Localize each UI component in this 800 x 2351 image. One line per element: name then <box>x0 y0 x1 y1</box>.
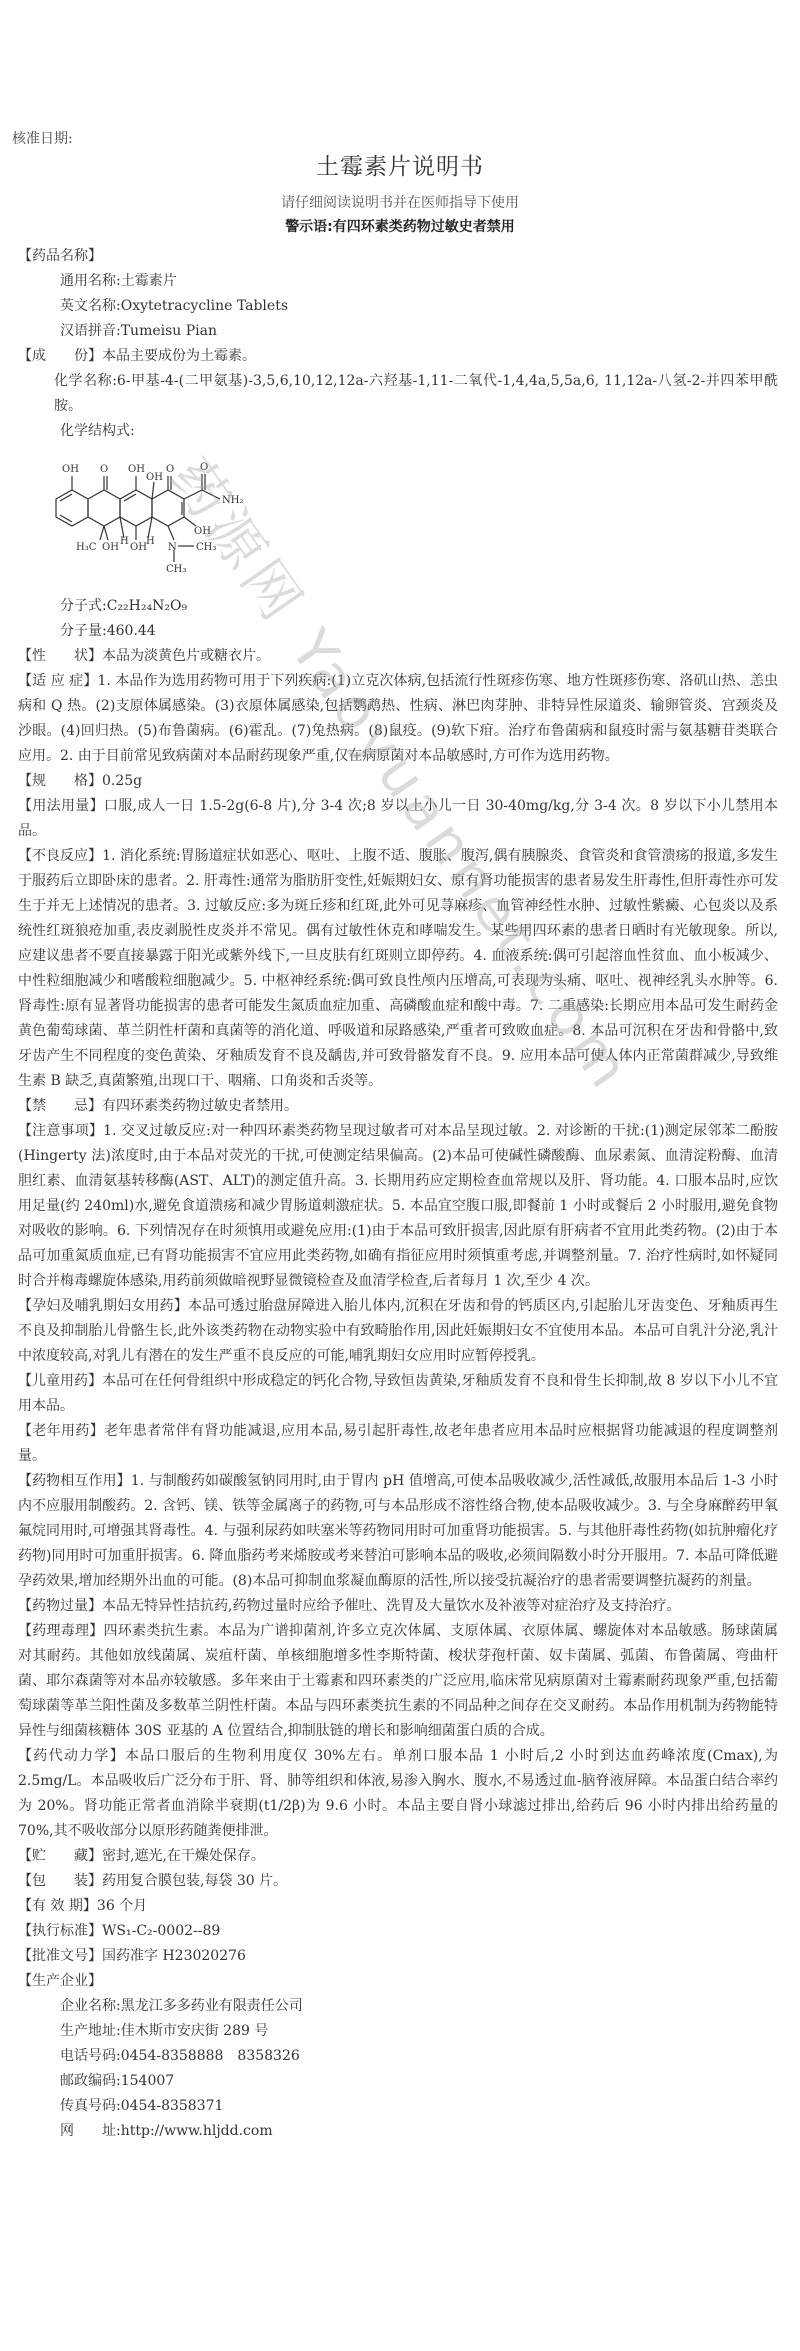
structure-label: 化学结构式: <box>18 419 778 444</box>
svg-text:OH: OH <box>128 464 145 475</box>
drug-leaflet-page: 核准日期: 土霉素片说明书 请仔细阅读说明书并在医师指导下使用 警示语:有四环素… <box>0 0 800 2351</box>
company-name: 企业名称:黑龙江多多药业有限责任公司 <box>18 1994 778 2019</box>
section-standard: 【执行标准】WS₁-C₂-0002--89 <box>18 1919 778 1944</box>
section-pediatric: 【儿童用药】本品可在任何骨组织中形成稳定的钙化合物,导致恒齿黄染,牙釉质发育不良… <box>18 1369 778 1419</box>
section-pharmacokinetics: 【药代动力学】本品口服后的生物利用度仅 30%左右。单剂口服本品 1 小时后,2… <box>18 1744 778 1844</box>
section-pregnancy: 【孕妇及哺乳期妇女用药】本品可透过胎盘屏障进入胎儿体内,沉积在牙齿和骨的钙质区内… <box>18 1294 778 1369</box>
company-fax: 传真号码:0454-8358371 <box>18 2094 778 2119</box>
section-overdose: 【药物过量】本品无特异性拮抗药,药物过量时应给予催吐、洗胃及大量饮水及补液等对症… <box>18 1594 778 1619</box>
section-contraindications: 【禁 忌】有四环素类药物过敏史者禁用。 <box>18 1094 778 1119</box>
svg-text:OH: OH <box>102 542 119 553</box>
section-label: 【成 份】 <box>18 348 102 364</box>
svg-text:OH: OH <box>130 542 147 553</box>
svg-text:O: O <box>166 464 174 475</box>
svg-text:CH₃: CH₃ <box>166 564 186 575</box>
svg-text:N: N <box>168 542 177 553</box>
formula-value: C₂₂H₂₄N₂O₉ <box>107 598 187 614</box>
english-name: 英文名称:Oxytetracycline Tablets <box>18 294 778 319</box>
oxytetracycline-structure-icon: OH O OH OH O O NH₂ OH H₃C OH H OH H N <box>36 444 276 589</box>
chemical-name: 化学名称:6-甲基-4-(二甲氨基)-3,5,6,10,12,12a-六羟基-1… <box>18 369 778 419</box>
section-drug-name: 【药品名称】 通用名称:土霉素片 英文名称:Oxytetracycline Ta… <box>18 244 778 344</box>
company-address: 生产地址:佳木斯市安庆街 289 号 <box>18 2019 778 2044</box>
section-package: 【包 装】药用复合膜包装,每袋 30 片。 <box>18 1869 778 1894</box>
section-pharmacology: 【药理毒理】四环素类抗生素。本品为广谱抑菌剂,许多立克次体属、支原体属、衣原体属… <box>18 1619 778 1744</box>
section-label: 【药品名称】 <box>18 244 778 269</box>
section-dosage: 【用法用量】口服,成人一日 1.5-2g(6-8 片),分 3-4 次;8 岁以… <box>18 794 778 844</box>
molecular-formula: 分子式:C₂₂H₂₄N₂O₉ <box>18 594 778 619</box>
generic-name: 通用名称:土霉素片 <box>18 269 778 294</box>
svg-text:NH₂: NH₂ <box>222 495 243 506</box>
section-validity: 【有 效 期】36 个月 <box>18 1894 778 1919</box>
section-approval-number: 【批准文号】国药准字 H23020276 <box>18 1944 778 1969</box>
leaflet-body: 【药品名称】 通用名称:土霉素片 英文名称:Oxytetracycline Ta… <box>18 244 778 2144</box>
section-adverse-reactions: 【不良反应】1. 消化系统:胃肠道症状如恶心、呕吐、上腹不适、腹胀、腹泻,偶有胰… <box>18 844 778 1094</box>
section-label: 【生产企业】 <box>18 1969 778 1994</box>
chemical-structure-diagram: OH O OH OH O O NH₂ OH H₃C OH H OH H N <box>28 444 778 594</box>
svg-text:H: H <box>120 536 129 547</box>
svg-text:OH: OH <box>194 526 211 537</box>
svg-text:CH₃: CH₃ <box>196 542 216 553</box>
svg-text:H₃C: H₃C <box>76 542 97 553</box>
warning-statement: 警示语:有四环素类药物过敏史者禁用 <box>0 216 800 236</box>
svg-text:O: O <box>100 464 108 475</box>
svg-text:OH: OH <box>62 464 79 475</box>
section-precautions: 【注意事项】1. 交叉过敏反应:对一种四环素类药物呈现过敏者可对本品呈现过敏。2… <box>18 1119 778 1294</box>
svg-text:OH: OH <box>146 472 163 483</box>
composition-text: 本品主要成份为土霉素。 <box>102 348 256 364</box>
section-indications: 【适 应 症】1. 本品作为选用药物可用于下列疾病:(1)立克次体病,包括流行性… <box>18 669 778 769</box>
section-composition: 【成 份】本品主要成份为土霉素。 化学名称:6-甲基-4-(二甲氨基)-3,5,… <box>18 344 778 644</box>
company-postcode: 邮政编码:154007 <box>18 2069 778 2094</box>
company-phone: 电话号码:0454-8358888 8358326 <box>18 2044 778 2069</box>
section-appearance: 【性 状】本品为淡黄色片或糖衣片。 <box>18 644 778 669</box>
section-geriatric: 【老年用药】老年患者常伴有肾功能减退,应用本品,易引起肝毒性,故老年患者应用本品… <box>18 1419 778 1469</box>
svg-text:H: H <box>146 536 155 547</box>
subtitle: 请仔细阅读说明书并在医师指导下使用 <box>0 192 800 212</box>
section-specification: 【规 格】0.25g <box>18 769 778 794</box>
molecular-weight: 分子量:460.44 <box>18 619 778 644</box>
pinyin-name: 汉语拼音:Tumeisu Pian <box>18 319 778 344</box>
section-interactions: 【药物相互作用】1. 与制酸药如碳酸氢钠同用时,由于胃内 pH 值增高,可使本品… <box>18 1469 778 1594</box>
approval-date-label: 核准日期: <box>12 128 73 148</box>
company-website: 网 址:http://www.hljdd.com <box>18 2119 778 2144</box>
page-title: 土霉素片说明书 <box>0 148 800 181</box>
svg-text:O: O <box>200 462 208 473</box>
section-manufacturer: 【生产企业】 企业名称:黑龙江多多药业有限责任公司 生产地址:佳木斯市安庆街 2… <box>18 1969 778 2144</box>
section-storage: 【贮 藏】密封,遮光,在干燥处保存。 <box>18 1844 778 1869</box>
